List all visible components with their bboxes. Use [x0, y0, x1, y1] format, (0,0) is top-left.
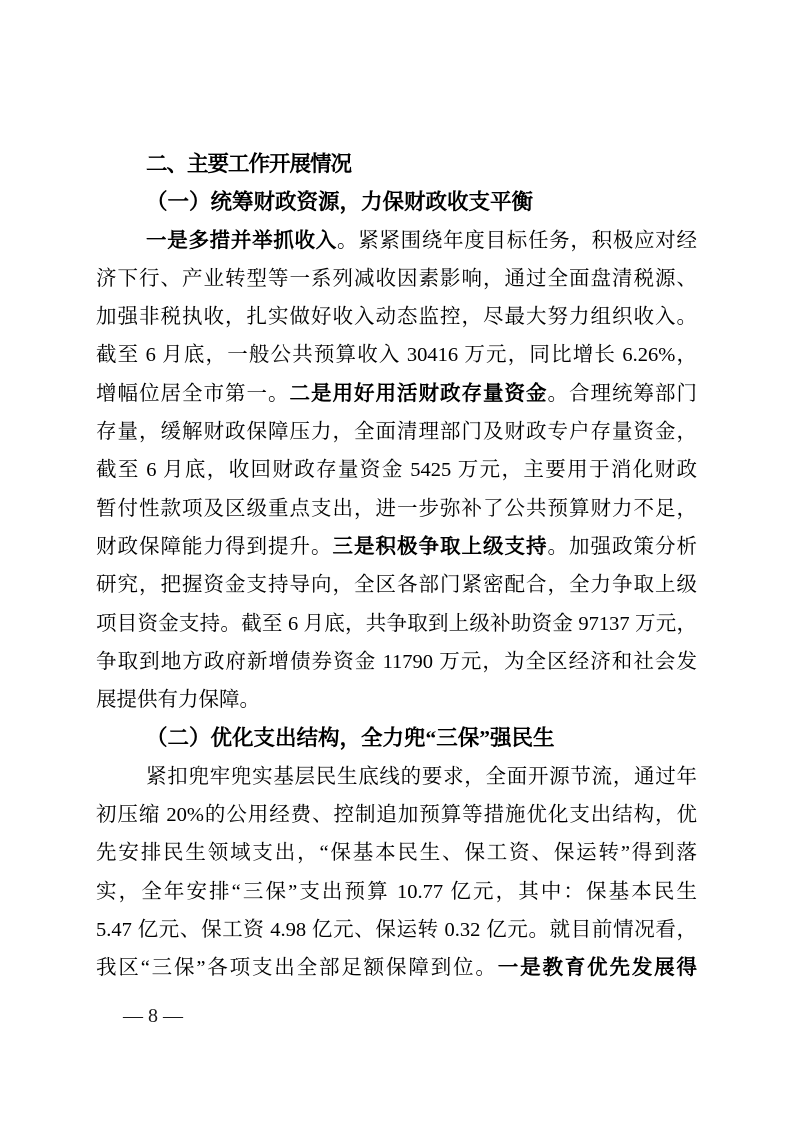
body-text: 加强非税执收，扎实做好收入动态监控，尽最大努力组织收入。: [96, 306, 697, 328]
text-line: 我区“三保”各项支出全部足额保障到位。一是教育优先发展得: [96, 949, 697, 987]
subsection-heading: （二）优化支出结构，全力兜“三保”强民生: [96, 719, 697, 757]
body-text: 5.47 亿元、保工资 4.98 亿元、保运转 0.32 亿元。就目前情况看，: [96, 919, 697, 941]
text-line: 存量，缓解财政保障压力，全面清理部门及财政专户存量资金，: [96, 413, 697, 451]
text-line: 一是多措并举抓收入。紧紧围绕年度目标任务，积极应对经: [96, 222, 697, 260]
body-text: 。合理统筹部门: [548, 383, 698, 405]
body-text: 先安排民生领域支出，“保基本民生、保工资、保运转”得到落: [96, 842, 697, 864]
emphasis-text: （二）优化支出结构，全力兜“三保”强民生: [146, 726, 555, 750]
text-line: 截至 6 月底，一般公共预算收入 30416 万元，同比增长 6.26%，: [96, 336, 697, 374]
text-line: 项目资金支持。截至 6 月底，共争取到上级补助资金 97137 万元，: [96, 605, 697, 643]
body-text: 增幅位居全市第一。: [96, 383, 290, 405]
emphasis-text: 一是教育优先发展得: [498, 957, 697, 979]
body-text: 初压缩 20%的公用经费、控制追加预算等措施优化支出结构，优: [96, 804, 697, 826]
body-text: 存量，缓解财政保障压力，全面清理部门及财政专户存量资金，: [96, 421, 697, 443]
text-line: 争取到地方政府新增债券资金 11790 万元，为全区经济和社会发: [96, 643, 697, 681]
body-text: 我区“三保”各项支出全部足额保障到位。: [96, 957, 498, 979]
emphasis-text: 二是用好用活财政存量资金: [290, 383, 548, 405]
body-text: 实，全年安排“三保”支出预算 10.77 亿元，其中：保基本民生: [96, 881, 697, 903]
emphasis-text: 三是积极争取上级支持: [333, 536, 548, 558]
body-text: 暂付性款项及区级重点支出，进一步弥补了公共预算财力不足，: [96, 498, 697, 520]
text-line: 先安排民生领域支出，“保基本民生、保工资、保运转”得到落: [96, 834, 697, 872]
text-line: 紧扣兜牢兜实基层民生底线的要求，全面开源节流，通过年: [96, 758, 697, 796]
body-text: 。紧紧围绕年度目标任务，积极应对经: [337, 230, 697, 252]
emphasis-text: （一）统筹财政资源，力保财政收支平衡: [146, 190, 533, 214]
body-text: 争取到地方政府新增债券资金 11790 万元，为全区经济和社会发: [96, 651, 697, 673]
text-line: 研究，把握资金支持导向，全区各部门紧密配合，全力争取上级: [96, 566, 697, 604]
page-number: — 8 —: [123, 1002, 183, 1030]
body-text: 截至 6 月底，收回财政存量资金 5425 万元，主要用于消化财政: [96, 459, 697, 481]
text-line: 展提供有力保障。: [96, 681, 697, 719]
text-line: 增幅位居全市第一。二是用好用活财政存量资金。合理统筹部门: [96, 375, 697, 413]
body-text: 紧扣兜牢兜实基层民生底线的要求，全面开源节流，通过年: [146, 766, 697, 788]
text-line: 初压缩 20%的公用经费、控制追加预算等措施优化支出结构，优: [96, 796, 697, 834]
text-line: 实，全年安排“三保”支出预算 10.77 亿元，其中：保基本民生: [96, 873, 697, 911]
text-line: 暂付性款项及区级重点支出，进一步弥补了公共预算财力不足，: [96, 490, 697, 528]
text-line: 加强非税执收，扎实做好收入动态监控，尽最大努力组织收入。: [96, 298, 697, 336]
text-line: 截至 6 月底，收回财政存量资金 5425 万元，主要用于消化财政: [96, 451, 697, 489]
text-line: 财政保障能力得到提升。三是积极争取上级支持。加强政策分析: [96, 528, 697, 566]
document-body: 二、主要工作开展情况（一）统筹财政资源，力保财政收支平衡一是多措并举抓收入。紧紧…: [96, 145, 697, 988]
body-text: 济下行、产业转型等一系列减收因素影响，通过全面盘清税源、: [96, 268, 697, 290]
body-text: 。加强政策分析: [548, 536, 698, 558]
text-line: 5.47 亿元、保工资 4.98 亿元、保运转 0.32 亿元。就目前情况看，: [96, 911, 697, 949]
section-heading: 二、主要工作开展情况: [96, 145, 697, 183]
body-text: 截至 6 月底，一般公共预算收入 30416 万元，同比增长 6.26%，: [96, 344, 697, 366]
text-line: 济下行、产业转型等一系列减收因素影响，通过全面盘清税源、: [96, 260, 697, 298]
body-text: 研究，把握资金支持导向，全区各部门紧密配合，全力争取上级: [96, 574, 697, 596]
emphasis-text: 二、主要工作开展情况: [146, 152, 351, 176]
body-text: 项目资金支持。截至 6 月底，共争取到上级补助资金 97137 万元，: [96, 613, 697, 635]
document-page: 二、主要工作开展情况（一）统筹财政资源，力保财政收支平衡一是多措并举抓收入。紧紧…: [0, 0, 793, 1122]
body-text: 展提供有力保障。: [96, 689, 260, 711]
subsection-heading: （一）统筹财政资源，力保财政收支平衡: [96, 183, 697, 221]
body-text: 财政保障能力得到提升。: [96, 536, 333, 558]
emphasis-text: 一是多措并举抓收入: [146, 230, 337, 252]
